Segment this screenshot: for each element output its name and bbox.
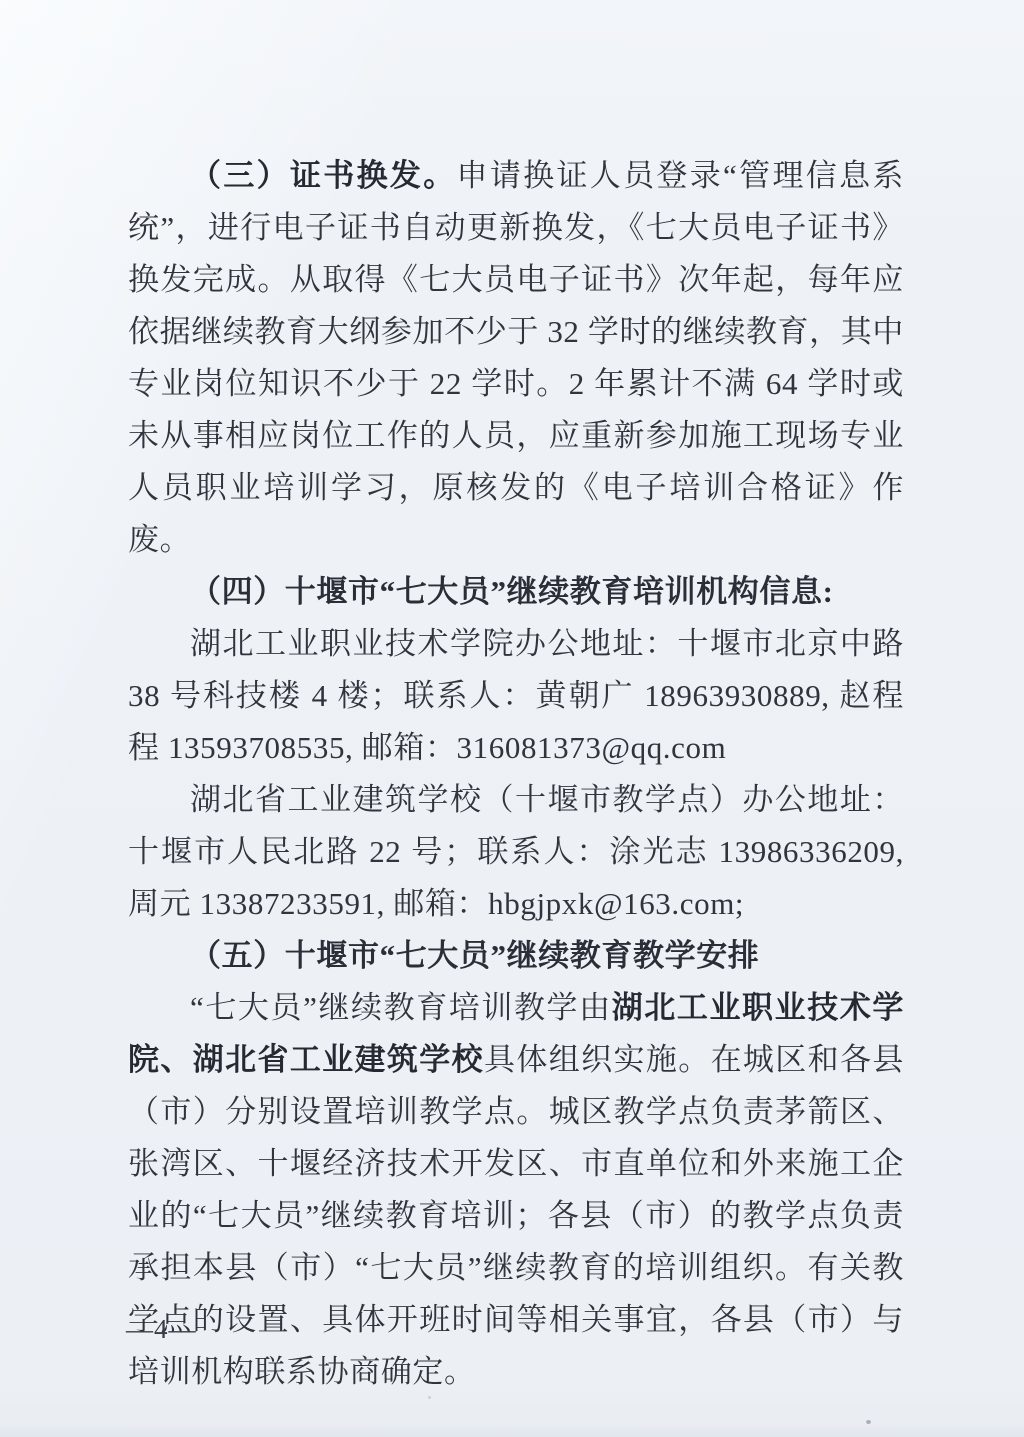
paragraph-org2-contact: 湖北省工业建筑学校（十堰市教学点）办公地址：十堰市人民北路 22 号；联系人：涂…: [128, 774, 904, 930]
page-number: —4—: [126, 1312, 197, 1346]
section4-heading-text: （四）十堰市“七大员”继续教育培训机构信息:: [190, 574, 834, 609]
scanned-document-page: （三）证书换发。申请换证人员登录“管理信息系统”，进行电子证书自动更新换发，《七…: [0, 0, 1024, 1437]
document-body: （三）证书换发。申请换证人员登录“管理信息系统”，进行电子证书自动更新换发，《七…: [128, 150, 904, 1398]
section5-heading: （五）十堰市“七大员”继续教育教学安排: [128, 930, 904, 982]
paragraph-teaching-arrangement: “七大员”继续教育培训教学由湖北工业职业技术学院、湖北省工业建筑学校具体组织实施…: [128, 982, 904, 1398]
section4-heading: （四）十堰市“七大员”继续教育培训机构信息:: [128, 566, 904, 618]
section5-body-post-text: 具体组织实施。在城区和各县（市）分别设置培训教学点。城区教学点负责茅箭区、张湾区…: [128, 1042, 904, 1389]
scan-edge-shadow: [0, 1423, 1024, 1437]
section5-heading-text: （五）十堰市“七大员”继续教育教学安排: [190, 938, 759, 973]
section3-lead-label: （三）证书换发。: [190, 158, 457, 193]
paragraph-org1-contact: 湖北工业职业技术学院办公地址：十堰市北京中路 38 号科技楼 4 楼；联系人：黄…: [128, 618, 904, 774]
org2-contact-text: 湖北省工业建筑学校（十堰市教学点）办公地址：十堰市人民北路 22 号；联系人：涂…: [128, 782, 904, 921]
section5-body-pre-text: “七大员”继续教育培训教学由: [190, 990, 612, 1025]
scan-speck: [428, 1396, 431, 1399]
paragraph-certificate-reissue: （三）证书换发。申请换证人员登录“管理信息系统”，进行电子证书自动更新换发，《七…: [128, 150, 904, 566]
org1-contact-text: 湖北工业职业技术学院办公地址：十堰市北京中路 38 号科技楼 4 楼；联系人：黄…: [128, 626, 904, 765]
section3-body-text: 申请换证人员登录“管理信息系统”，进行电子证书自动更新换发，《七大员电子证书》换…: [128, 158, 904, 557]
